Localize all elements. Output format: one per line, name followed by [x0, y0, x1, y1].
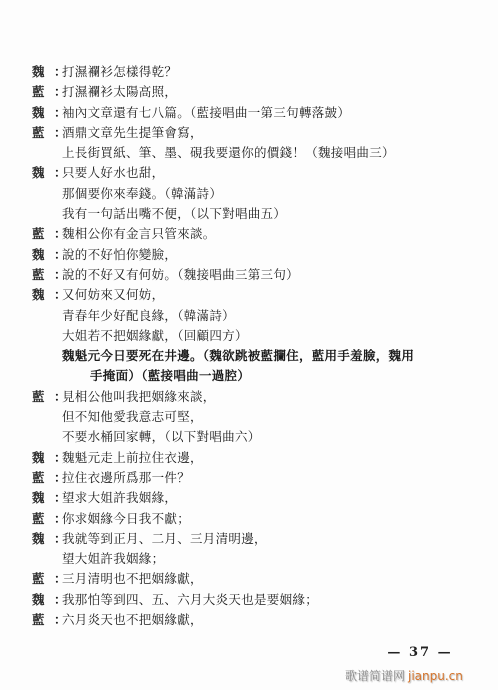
dialogue-line: 魏：又何妨來又何妨，: [32, 285, 472, 305]
dialogue-line: 藍：魏相公你有金言只管來談。: [32, 224, 472, 244]
speaker-label: 藍: [32, 387, 54, 407]
speaker-label: 藍: [32, 224, 54, 244]
dialogue-continuation: 我有一句話出嘴不便，（以下對唱曲五）: [32, 204, 472, 224]
dialogue-text: 望求大姐許我姻緣，: [62, 488, 472, 508]
dialogue-continuation: 不要水桶回家轉，（以下對唱曲六）: [32, 427, 472, 447]
dialogue-text: 袖內文章還有七八篇。（藍接唱曲一第三句轉落皷）: [62, 103, 472, 123]
dialogue-continuation: 上長街買紙、筆、墨、硯我要還你的價錢！（魏接唱曲三）: [32, 143, 472, 163]
dialogue-text: 我有一句話出嘴不便，（以下對唱曲五）: [62, 204, 472, 224]
dialogue-text: 上長街買紙、筆、墨、硯我要還你的價錢！（魏接唱曲三）: [62, 143, 472, 163]
speaker-label: 藍: [32, 610, 54, 630]
speaker-label: 魏: [32, 590, 54, 610]
dialogue-line: 藍：你求姻緣今日我不獻；: [32, 509, 472, 529]
speaker-label: 魏: [32, 245, 54, 265]
dialogue-text: 你求姻緣今日我不獻；: [62, 509, 472, 529]
dialogue-line: 藍：六月炎天也不把姻緣獻，: [32, 610, 472, 630]
dialogue-continuation: 但不知他愛我意志可堅，: [32, 407, 472, 427]
dialogue-continuation: 那個要你來奉錢。（韓滿詩）: [32, 184, 472, 204]
dialogue-text: 我那怕等到四、五、六月大炎天也是要姻緣；: [62, 590, 472, 610]
dialogue-line: 藍：三月清明也不把姻緣獻，: [32, 569, 472, 589]
document-page: 魏：打濕襴衫怎樣得乾？ 藍：打濕襴衫太陽高照， 魏：袖內文章還有七八篇。（藍接唱…: [0, 0, 498, 690]
speaker-colon: ：: [54, 569, 62, 589]
dialogue-line: 藍：拉住衣邊所爲那一件？: [32, 468, 472, 488]
dialogue-line: 魏：打濕襴衫怎樣得乾？: [32, 62, 472, 82]
dialogue-text: 但不知他愛我意志可堅，: [62, 407, 472, 427]
stage-direction-continuation: 手掩面）（藍接唱曲一過腔）: [32, 366, 472, 386]
dialogue-text: 我就等到正月、二月、三月清明邊，: [62, 529, 472, 549]
dialogue-text: 打濕襴衫怎樣得乾？: [62, 62, 472, 82]
dialogue-continuation: 魏魁元今日要死在井邊。（魏欲跳被藍攔住，藍用手羞臉，魏用: [32, 346, 472, 366]
speaker-colon: ：: [54, 468, 62, 488]
dialogue-line: 魏：望求大姐許我姻緣，: [32, 488, 472, 508]
speaker-label: 魏: [32, 163, 54, 183]
dialogue-text: 又何妨來又何妨，: [62, 285, 472, 305]
speaker-colon: ：: [54, 123, 62, 143]
speaker-colon: ：: [54, 387, 62, 407]
dialogue-text: 只要人好水也甜，: [62, 163, 472, 183]
speaker-label: 魏: [32, 488, 54, 508]
speaker-colon: ：: [54, 82, 62, 102]
dialogue-line: 魏：我那怕等到四、五、六月大炎天也是要姻緣；: [32, 590, 472, 610]
dialogue-text: 酒鼎文章先生提筆會寫，: [62, 123, 472, 143]
dialogue-text: 六月炎天也不把姻緣獻，: [62, 610, 472, 630]
stage-direction-text: 手掩面）（藍接唱曲一過腔）: [62, 366, 472, 386]
speaker-label: 魏: [32, 285, 54, 305]
speaker-colon: ：: [54, 529, 62, 549]
dialogue-line: 魏：說的不好怕你變臉，: [32, 245, 472, 265]
speaker-colon: ：: [54, 265, 62, 285]
watermark-site-name: 歌谱简谱网: [345, 669, 405, 683]
dialogue-continuation: 望大姐許我姻緣；: [32, 549, 472, 569]
dialogue-text: 拉住衣邊所爲那一件？: [62, 468, 472, 488]
dialogue-text: 說的不好怕你變臉，: [62, 245, 472, 265]
dialogue-line: 藍：酒鼎文章先生提筆會寫，: [32, 123, 472, 143]
page-number: — 37 —: [380, 645, 460, 660]
speaker-label: 魏: [32, 62, 54, 82]
speaker-colon: ：: [54, 448, 62, 468]
dialogue-continuation: 青春年少好配良緣，（韓滿詩）: [32, 306, 472, 326]
dialogue-continuation: 大姐若不把姻緣獻，（回顧四方）: [32, 326, 472, 346]
dialogue-line: 魏：只要人好水也甜，: [32, 163, 472, 183]
dialogue-line: 魏：袖內文章還有七八篇。（藍接唱曲一第三句轉落皷）: [32, 103, 472, 123]
dialogue-text: 那個要你來奉錢。（韓滿詩）: [62, 184, 472, 204]
speaker-colon: ：: [54, 590, 62, 610]
speaker-colon: ：: [54, 224, 62, 244]
watermark-domain: jianpu.cn: [408, 669, 463, 683]
speaker-label: 魏: [32, 448, 54, 468]
speaker-label: 藍: [32, 509, 54, 529]
dialogue-text: 望大姐許我姻緣；: [62, 549, 472, 569]
speaker-colon: ：: [54, 285, 62, 305]
speaker-label: 魏: [32, 529, 54, 549]
dialogue-text: 魏魁元走上前拉住衣邊，: [62, 448, 472, 468]
dialogue-text: 魏魁元今日要死在井邊。（魏欲跳被藍攔住，藍用手羞臉，魏用: [62, 346, 472, 366]
dialogue-line: 魏：我就等到正月、二月、三月清明邊，: [32, 529, 472, 549]
dialogue-text: 見相公他叫我把姻緣來談，: [62, 387, 472, 407]
dialogue-line: 藍：說的不好又有何妨。（魏接唱曲三第三句）: [32, 265, 472, 285]
speaker-colon: ：: [54, 103, 62, 123]
dialogue-text: 打濕襴衫太陽高照，: [62, 82, 472, 102]
speaker-colon: ：: [54, 62, 62, 82]
script-body: 魏：打濕襴衫怎樣得乾？ 藍：打濕襴衫太陽高照， 魏：袖內文章還有七八篇。（藍接唱…: [32, 62, 472, 630]
dialogue-text: 大姐若不把姻緣獻，（回顧四方）: [62, 326, 472, 346]
dialogue-line: 藍：打濕襴衫太陽高照，: [32, 82, 472, 102]
dialogue-line: 魏：魏魁元走上前拉住衣邊，: [32, 448, 472, 468]
speaker-label: 藍: [32, 265, 54, 285]
speaker-colon: ：: [54, 488, 62, 508]
speaker-label: 藍: [32, 123, 54, 143]
dialogue-text: 青春年少好配良緣，（韓滿詩）: [62, 306, 472, 326]
speaker-colon: ：: [54, 509, 62, 529]
dialogue-line: 藍：見相公他叫我把姻緣來談，: [32, 387, 472, 407]
speaker-label: 藍: [32, 569, 54, 589]
speaker-colon: ：: [54, 610, 62, 630]
speaker-label: 藍: [32, 82, 54, 102]
speaker-colon: ：: [54, 163, 62, 183]
dialogue-text: 魏相公你有金言只管來談。: [62, 224, 472, 244]
dialogue-text: 不要水桶回家轉，（以下對唱曲六）: [62, 427, 472, 447]
speaker-label: 魏: [32, 103, 54, 123]
dialogue-text: 說的不好又有何妨。（魏接唱曲三第三句）: [62, 265, 472, 285]
speaker-colon: ：: [54, 245, 62, 265]
speaker-label: 藍: [32, 468, 54, 488]
watermark: 歌谱简谱网jianpu.cn: [345, 667, 463, 684]
dialogue-text: 三月清明也不把姻緣獻，: [62, 569, 472, 589]
